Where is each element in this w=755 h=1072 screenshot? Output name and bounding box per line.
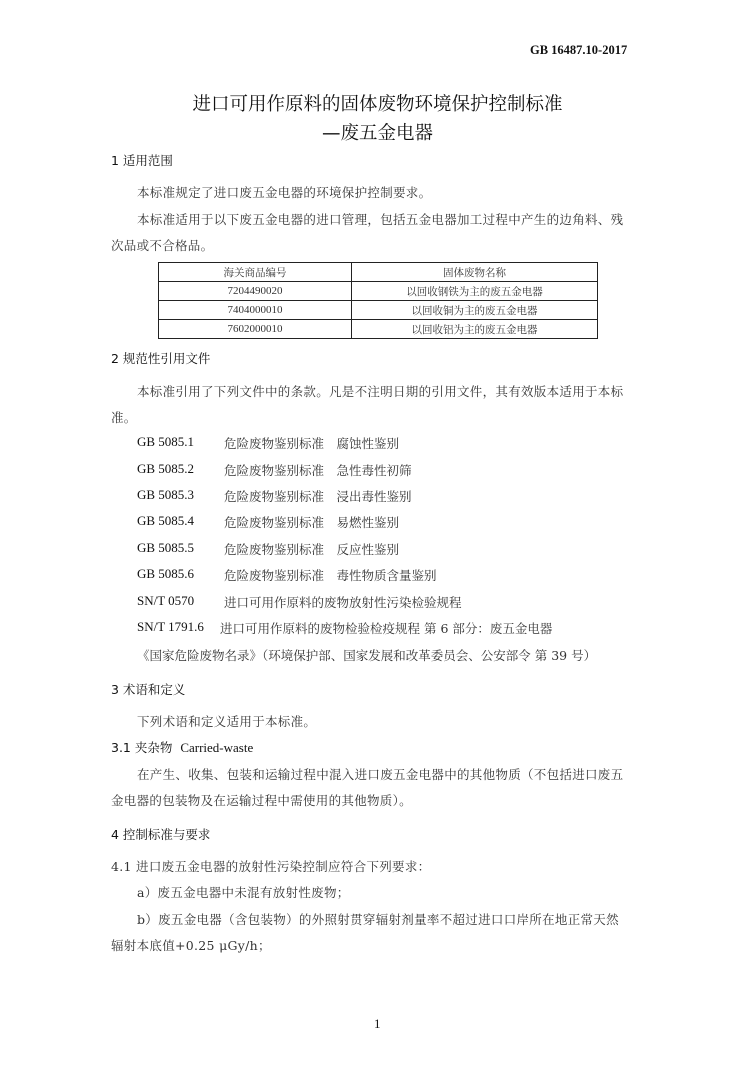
- ref-code: GB 5085.3: [137, 487, 194, 503]
- ref-code: GB 5085.4: [137, 513, 194, 529]
- term-3-1-definition-cont: 金电器的包装物及在运输过程中需使用的其他物质）。: [111, 791, 412, 809]
- term-3-1-definition: 在产生、收集、包装和运输过程中混入进口废五金电器中的其他物质（不包括进口废五: [137, 765, 623, 783]
- section-1-paragraph-1: 本标准规定了进口废五金电器的环境保护控制要求。: [137, 183, 431, 201]
- ref-code: GB 5085.1: [137, 434, 194, 450]
- section-1-paragraph-2-cont: 次品或不合格品。: [111, 236, 213, 254]
- customs-code-cell: 7204490020: [159, 282, 352, 301]
- ref-title: 进口可用作原料的废物放射性污染检验规程: [224, 593, 462, 611]
- term-name-en: Carried-waste: [180, 740, 253, 755]
- standard-code: GB 16487.10-2017: [530, 43, 627, 58]
- table-row: 7204490020 以回收钢铁为主的废五金电器: [159, 282, 598, 301]
- section-3-intro: 下列术语和定义适用于本标准。: [137, 712, 316, 730]
- ref-code: GB 5085.2: [137, 461, 194, 477]
- table-row: 7404000010 以回收铜为主的废五金电器: [159, 301, 598, 320]
- ref-code: SN/T 1791.6: [137, 619, 204, 635]
- table-header-customs-code: 海关商品编号: [159, 263, 352, 282]
- ref-title: 危险废物鉴别标准 急性毒性初筛: [224, 461, 412, 479]
- table-row: 7602000010 以回收铝为主的废五金电器: [159, 320, 598, 339]
- ref-title: 危险废物鉴别标准 易燃性鉴别: [224, 513, 399, 531]
- ref-title: 危险废物鉴别标准 腐蚀性鉴别: [224, 434, 399, 452]
- ref-title: 危险废物鉴别标准 毒性物质含量鉴别: [224, 566, 437, 584]
- ref-title: 危险废物鉴别标准 反应性鉴别: [224, 540, 399, 558]
- section-2-heading: 2 规范性引用文件: [111, 349, 210, 367]
- term-3-1-heading: 3.1 夹杂物 Carried-waste: [111, 738, 253, 756]
- waste-name-cell: 以回收铜为主的废五金电器: [352, 301, 598, 320]
- waste-name-cell: 以回收钢铁为主的废五金电器: [352, 282, 598, 301]
- section-2-paragraph: 本标准引用了下列文件中的条款。凡是不注明日期的引用文件，其有效版本适用于本标: [137, 382, 623, 400]
- document-subtitle: —废五金电器: [0, 119, 755, 145]
- ref-title: 进口可用作原料的废物检验检疫规程 第 6 部分：废五金电器: [220, 619, 552, 637]
- hazardous-waste-catalog-ref: 《国家危险废物名录》（环境保护部、国家发展和改革委员会、公安部令 第 39 号）: [137, 646, 596, 664]
- section-1-heading: 1 适用范围: [111, 151, 173, 169]
- ref-code: GB 5085.5: [137, 540, 194, 556]
- term-name-cn: 3.1 夹杂物: [111, 740, 172, 755]
- section-4-heading: 4 控制标准与要求: [111, 825, 210, 843]
- table-header-waste-name: 固体废物名称: [352, 263, 598, 282]
- waste-name-cell: 以回收铝为主的废五金电器: [352, 320, 598, 339]
- ref-title: 危险废物鉴别标准 浸出毒性鉴别: [224, 487, 412, 505]
- section-3-heading: 3 术语和定义: [111, 680, 185, 698]
- customs-code-table: 海关商品编号 固体废物名称 7204490020 以回收钢铁为主的废五金电器 7…: [158, 262, 598, 339]
- ref-code: GB 5085.6: [137, 566, 194, 582]
- requirement-4-1: 4.1 进口废五金电器的放射性污染控制应符合下列要求：: [111, 857, 430, 875]
- document-title: 进口可用作原料的固体废物环境保护控制标准: [0, 90, 755, 116]
- section-2-paragraph-cont: 准。: [111, 408, 137, 426]
- requirement-item-b-cont: 辐射本底值+0.25 μGy/h；: [111, 936, 271, 954]
- ref-code: SN/T 0570: [137, 593, 194, 609]
- table-header-row: 海关商品编号 固体废物名称: [159, 263, 598, 282]
- customs-code-cell: 7404000010: [159, 301, 352, 320]
- requirement-item-b: b）废五金电器（含包装物）的外照射贯穿辐射剂量率不超过进口口岸所在地正常天然: [137, 910, 619, 928]
- requirement-item-a: a）废五金电器中未混有放射性废物；: [137, 883, 350, 901]
- section-1-paragraph-2: 本标准适用于以下废五金电器的进口管理，包括五金电器加工过程中产生的边角料、残: [137, 210, 623, 228]
- customs-code-cell: 7602000010: [159, 320, 352, 339]
- page-number: 1: [374, 1016, 381, 1032]
